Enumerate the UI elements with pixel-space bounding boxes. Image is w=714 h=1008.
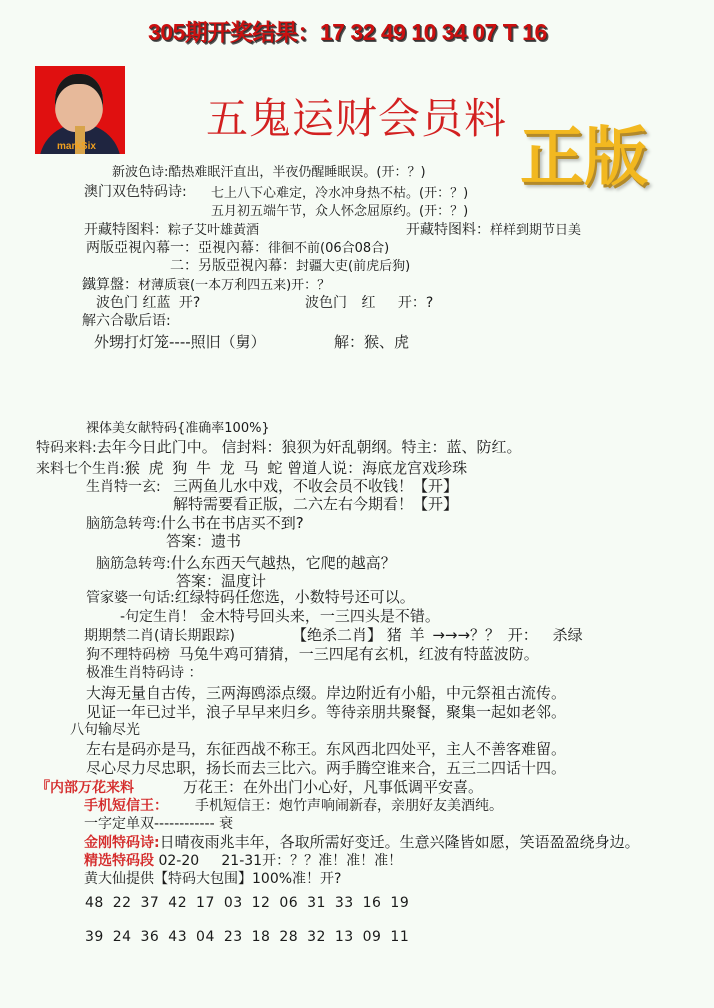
segment-text: 02-20 21-31开：？？准！准！准！ [158, 853, 402, 869]
wave-door-left: 波色门 红蓝 开? [96, 292, 200, 312]
asia-tv-line1-label: 两版亞視內幕一： [86, 240, 198, 256]
eight-lines-line2: 尽心尽力尽忠职，扬长而去三比六。两手腾空谁来合，五三二四话十四。 [86, 757, 566, 778]
special-title: 裸体美女献特码{准确率100%} [86, 417, 270, 436]
picture-material-right-label: 开藏特图料： [406, 222, 490, 238]
abacus-line: 鐵算盤：材薄质衰(一本万利四五来)开：？ [82, 274, 330, 294]
genuine-stamp: 正版 [520, 106, 648, 198]
portrait-image: markSix [35, 66, 125, 154]
wave-door-left-open: 开? [179, 295, 200, 311]
diamond-poem: 金刚特码诗:日晴夜雨兆丰年，各取所需好变迁。生意兴隆皆如愿，笑语盈盈绕身边。 [84, 831, 640, 852]
picture-material-left: 开藏特图料：粽子艾叶雄黃酒 [84, 219, 259, 239]
asia-tv-line2-text: 封疆大吏(前虎后狗) [296, 259, 410, 274]
asia-tv-line1-sub: 亞視內幕： [198, 240, 268, 256]
riddle-six-saying: 外甥打灯笼----照旧（舅） [94, 331, 266, 352]
macau-poem-line2: 五月初五端午节，众人怀念屈原约。(开：？) [211, 200, 468, 219]
asia-tv-line2: 二：另版亞視內幕：封疆大吏(前虎后狗) [170, 255, 410, 275]
zodiac-mystery-line2: 解特需要看正版，二六左右今期看！【开】 [173, 493, 458, 514]
butler-line: 管家婆一句话:红绿特码任您选，小数特号还可以。 [86, 586, 415, 607]
special-source-text: 去年今日此门中。 信封料：狼狈为奸乱朝纲。特主：蓝、防红。 [97, 438, 522, 456]
macau-poem-line1: 七上八下心难定，冷水冲身热不枯。(开：？) [211, 182, 468, 201]
zodiac-mystery-label: 生肖特一玄: [86, 476, 161, 496]
diamond-text: 日晴夜雨兆丰年，各取所需好变迁。生意兴隆皆如愿，笑语盈盈绕身边。 [160, 833, 640, 851]
asia-tv-line2-label: 二：另版亞視內幕： [170, 258, 296, 274]
one-zodiac-text: 金木特号回头来，一三四头是不错。 [200, 607, 440, 625]
picture-material-right: 开藏特图料：样样到期节日美 [406, 219, 581, 239]
special-source: 特码来料:去年今日此门中。 信封料：狼狈为奸乱朝纲。特主：蓝、防红。 [36, 436, 522, 457]
asia-tv-line1: 两版亞視內幕一：亞視內幕：徘徊不前(06合08合) [86, 237, 389, 257]
kill-two-label: 【绝杀二肖】 [292, 626, 382, 644]
kill-two-text: 猪 羊 →→→？？ 开： [387, 626, 538, 644]
riddle-six-label: 解六合歇后语: [82, 310, 171, 330]
precise-poem-label: 极准生肖特码诗 ： [86, 662, 202, 682]
special-source-label: 特码来料: [36, 440, 97, 456]
segment-line: 精选特码段 02-20 21-31开：？？准！准！准！ [84, 850, 402, 870]
odd-even-value: 衰 [219, 816, 233, 832]
new-wave-label: 新波色诗: [112, 165, 168, 180]
precise-poem-line2: 见证一年已过半，浪子早早来归乡。等待亲朋共聚餐，聚集一起如老邻。 [86, 701, 566, 722]
diamond-label: 金刚特码诗: [84, 835, 160, 851]
ban-two-label: 期期禁二肖(请长期跟踪) [84, 625, 235, 645]
brain-teaser-1-answer-text: 遗书 [211, 532, 241, 550]
eight-lines-label: 八句输尽光 [70, 719, 140, 739]
asia-tv-line1-text: 徘徊不前(06合08合) [268, 241, 389, 256]
wave-door-right-open: 开：? [398, 295, 433, 311]
sms-label: 手机短信王： [84, 795, 168, 815]
brain-teaser-1-answer: 答案：遗书 [166, 530, 241, 551]
new-wave-poem: 新波色诗:酷热难眠汗直出，半夜仍醒睡眠误。(开：？) [112, 161, 426, 180]
sms-text: 手机短信王：炮竹声响闹新春，亲朋好友美酒纯。 [195, 795, 503, 815]
dog-list-label: 狗不理特码榜 [86, 647, 170, 663]
brain-teaser-1-answer-label: 答案： [166, 532, 211, 550]
one-zodiac-label: -句定生肖！ [120, 609, 195, 625]
wave-door-left-label: 波色门 [96, 295, 138, 311]
number-grid-row-1: 48 22 37 42 17 03 12 06 31 33 16 19 [85, 895, 409, 911]
segment-label: 精选特码段 [84, 853, 154, 869]
odd-even-label: 一字定单双------------ [84, 816, 215, 832]
picture-material-right-text: 样样到期节日美 [490, 223, 581, 238]
riddle-six-answer: 解：猴、虎 [334, 331, 409, 352]
butler-text: 红绿特码任您选，小数特号还可以。 [175, 588, 415, 606]
abacus-text: 材薄质衰(一本万利四五来)开：？ [138, 278, 330, 293]
brain-teaser-2-label: 脑筋急转弯: [96, 556, 171, 572]
picture-material-left-text: 粽子艾叶雄黃酒 [168, 223, 259, 238]
abacus-label: 鐵算盤： [82, 277, 138, 293]
wave-door-right-label: 波色门 [305, 295, 347, 311]
wong-tai-sin-line: 黄大仙提供【特码大包围】100%准！开? [84, 868, 341, 888]
page-title: 五鬼运财会员料 [206, 86, 507, 146]
kill-two-result: 杀绿 [553, 626, 583, 644]
portrait-brand: markSix [57, 141, 96, 152]
result-numbers: 17 32 49 10 34 07 T 16 [320, 19, 547, 45]
seven-zodiacs-label: 来料七个生肖: [36, 461, 125, 477]
kill-two-line: 【绝杀二肖】 猪 羊 →→→？？ 开： 杀绿 [292, 624, 583, 645]
brain-teaser-1-label: 脑筋急转弯: [86, 516, 161, 532]
one-zodiac-line: -句定生肖！ 金木特号回头来，一三四头是不错。 [120, 605, 440, 626]
butler-label: 管家婆一句话: [86, 590, 175, 606]
internal-label: 『内部万花来料 [36, 777, 134, 797]
wave-door-right-value: 红 [361, 295, 375, 311]
picture-material-left-label: 开藏特图料： [84, 222, 168, 238]
new-wave-text: 酷热难眠汗直出，半夜仍醒睡眠误。(开：？) [168, 165, 425, 180]
macau-poem-label: 澳门双色特码诗: [84, 181, 187, 201]
number-grid-row-2: 39 24 36 43 04 23 18 28 32 13 09 11 [85, 929, 409, 945]
precise-poem-line1: 大海无量自古传，三两海鸥添点缀。岸边附近有小船，中元祭祖古流传。 [86, 682, 566, 703]
flower-king-text: 万花王：在外出门小心好，凡事低调平安喜。 [183, 776, 483, 797]
odd-even-line: 一字定单双------------ 衰 [84, 813, 233, 833]
portrait-head [55, 74, 103, 132]
wave-door-right: 波色门 红 开：? [305, 292, 433, 312]
dog-list-text: 马兔牛鸡可猜猜，一三四尾有玄机，红波有特蓝波防。 [179, 645, 539, 663]
draw-result-banner: 305期开奖结果：17 32 49 10 34 07 T 16 [148, 14, 547, 47]
period-label: 305期开奖结果： [148, 19, 320, 45]
wave-door-left-value: 红蓝 [142, 295, 170, 311]
dog-list-line: 狗不理特码榜 马兔牛鸡可猜猜，一三四尾有玄机，红波有特蓝波防。 [86, 643, 539, 664]
eight-lines-line1: 左右是码亦是马，东征西战不称王。东风西北四处平，主人不善客难留。 [86, 738, 566, 759]
